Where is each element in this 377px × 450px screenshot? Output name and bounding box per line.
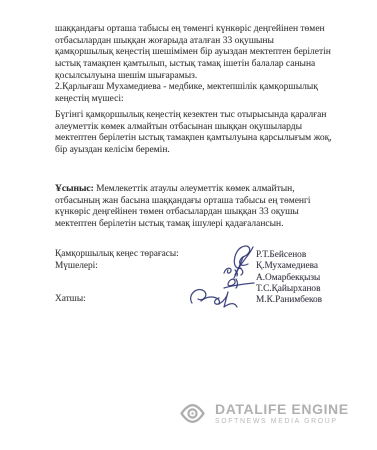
signature-block: Қамқоршылық кеңес төрағасы: Мүшелері: Ха… [55,247,335,311]
signer-name-secretary: М.К.Ранимбеков [256,295,322,306]
signer-name-member-3: Т.С.Қайырханов [256,284,322,295]
signer-name-member-2: А.Омарбекқызы [256,273,322,284]
signer-name-chairman: Р.Т.Бейсенов [256,250,322,261]
watermark-text: DATALIFE ENGINE SOFTNEWS MEDIA GROUP [215,402,349,425]
signer-name-member-1: Қ.Мухамедиева [256,261,322,272]
paragraph-speaker-intro: 2.Қарлығаш Мухамедиева - медбике, мектеп… [55,82,334,105]
watermark-subtitle: SOFTNEWS MEDIA GROUP [215,418,349,425]
signer-names-column: Р.Т.Бейсенов Қ.Мухамедиева А.Омарбекқызы… [256,250,322,306]
proposal-text: Мемлекеттік атаулы әлеуметтік көмек алма… [55,184,311,229]
paragraph-member-statement: Бүгінгі қамқоршылық кеңестің кезектен ты… [55,110,334,157]
chairman-label: Қамқоршылық кеңес төрағасы: [55,249,179,259]
secretary-label: Хатшы: [55,294,86,304]
paragraph-resolution-continued: шаққандағы орташа табысы ең төменгі күнк… [55,24,334,83]
proposal-label: Ұсыныс: [55,184,94,194]
watermark-title: DATALIFE ENGINE [215,402,349,416]
members-label: Мүшелері: [55,261,98,271]
paragraph-proposal: Ұсыныс: Мемлекеттік атаулы әлеуметтік кө… [55,184,334,231]
scanned-document-page: шаққандағы орташа табысы ең төменгі күнк… [0,0,377,450]
eye-logo-icon [179,400,206,427]
datalife-engine-watermark: DATALIFE ENGINE SOFTNEWS MEDIA GROUP [179,400,349,427]
